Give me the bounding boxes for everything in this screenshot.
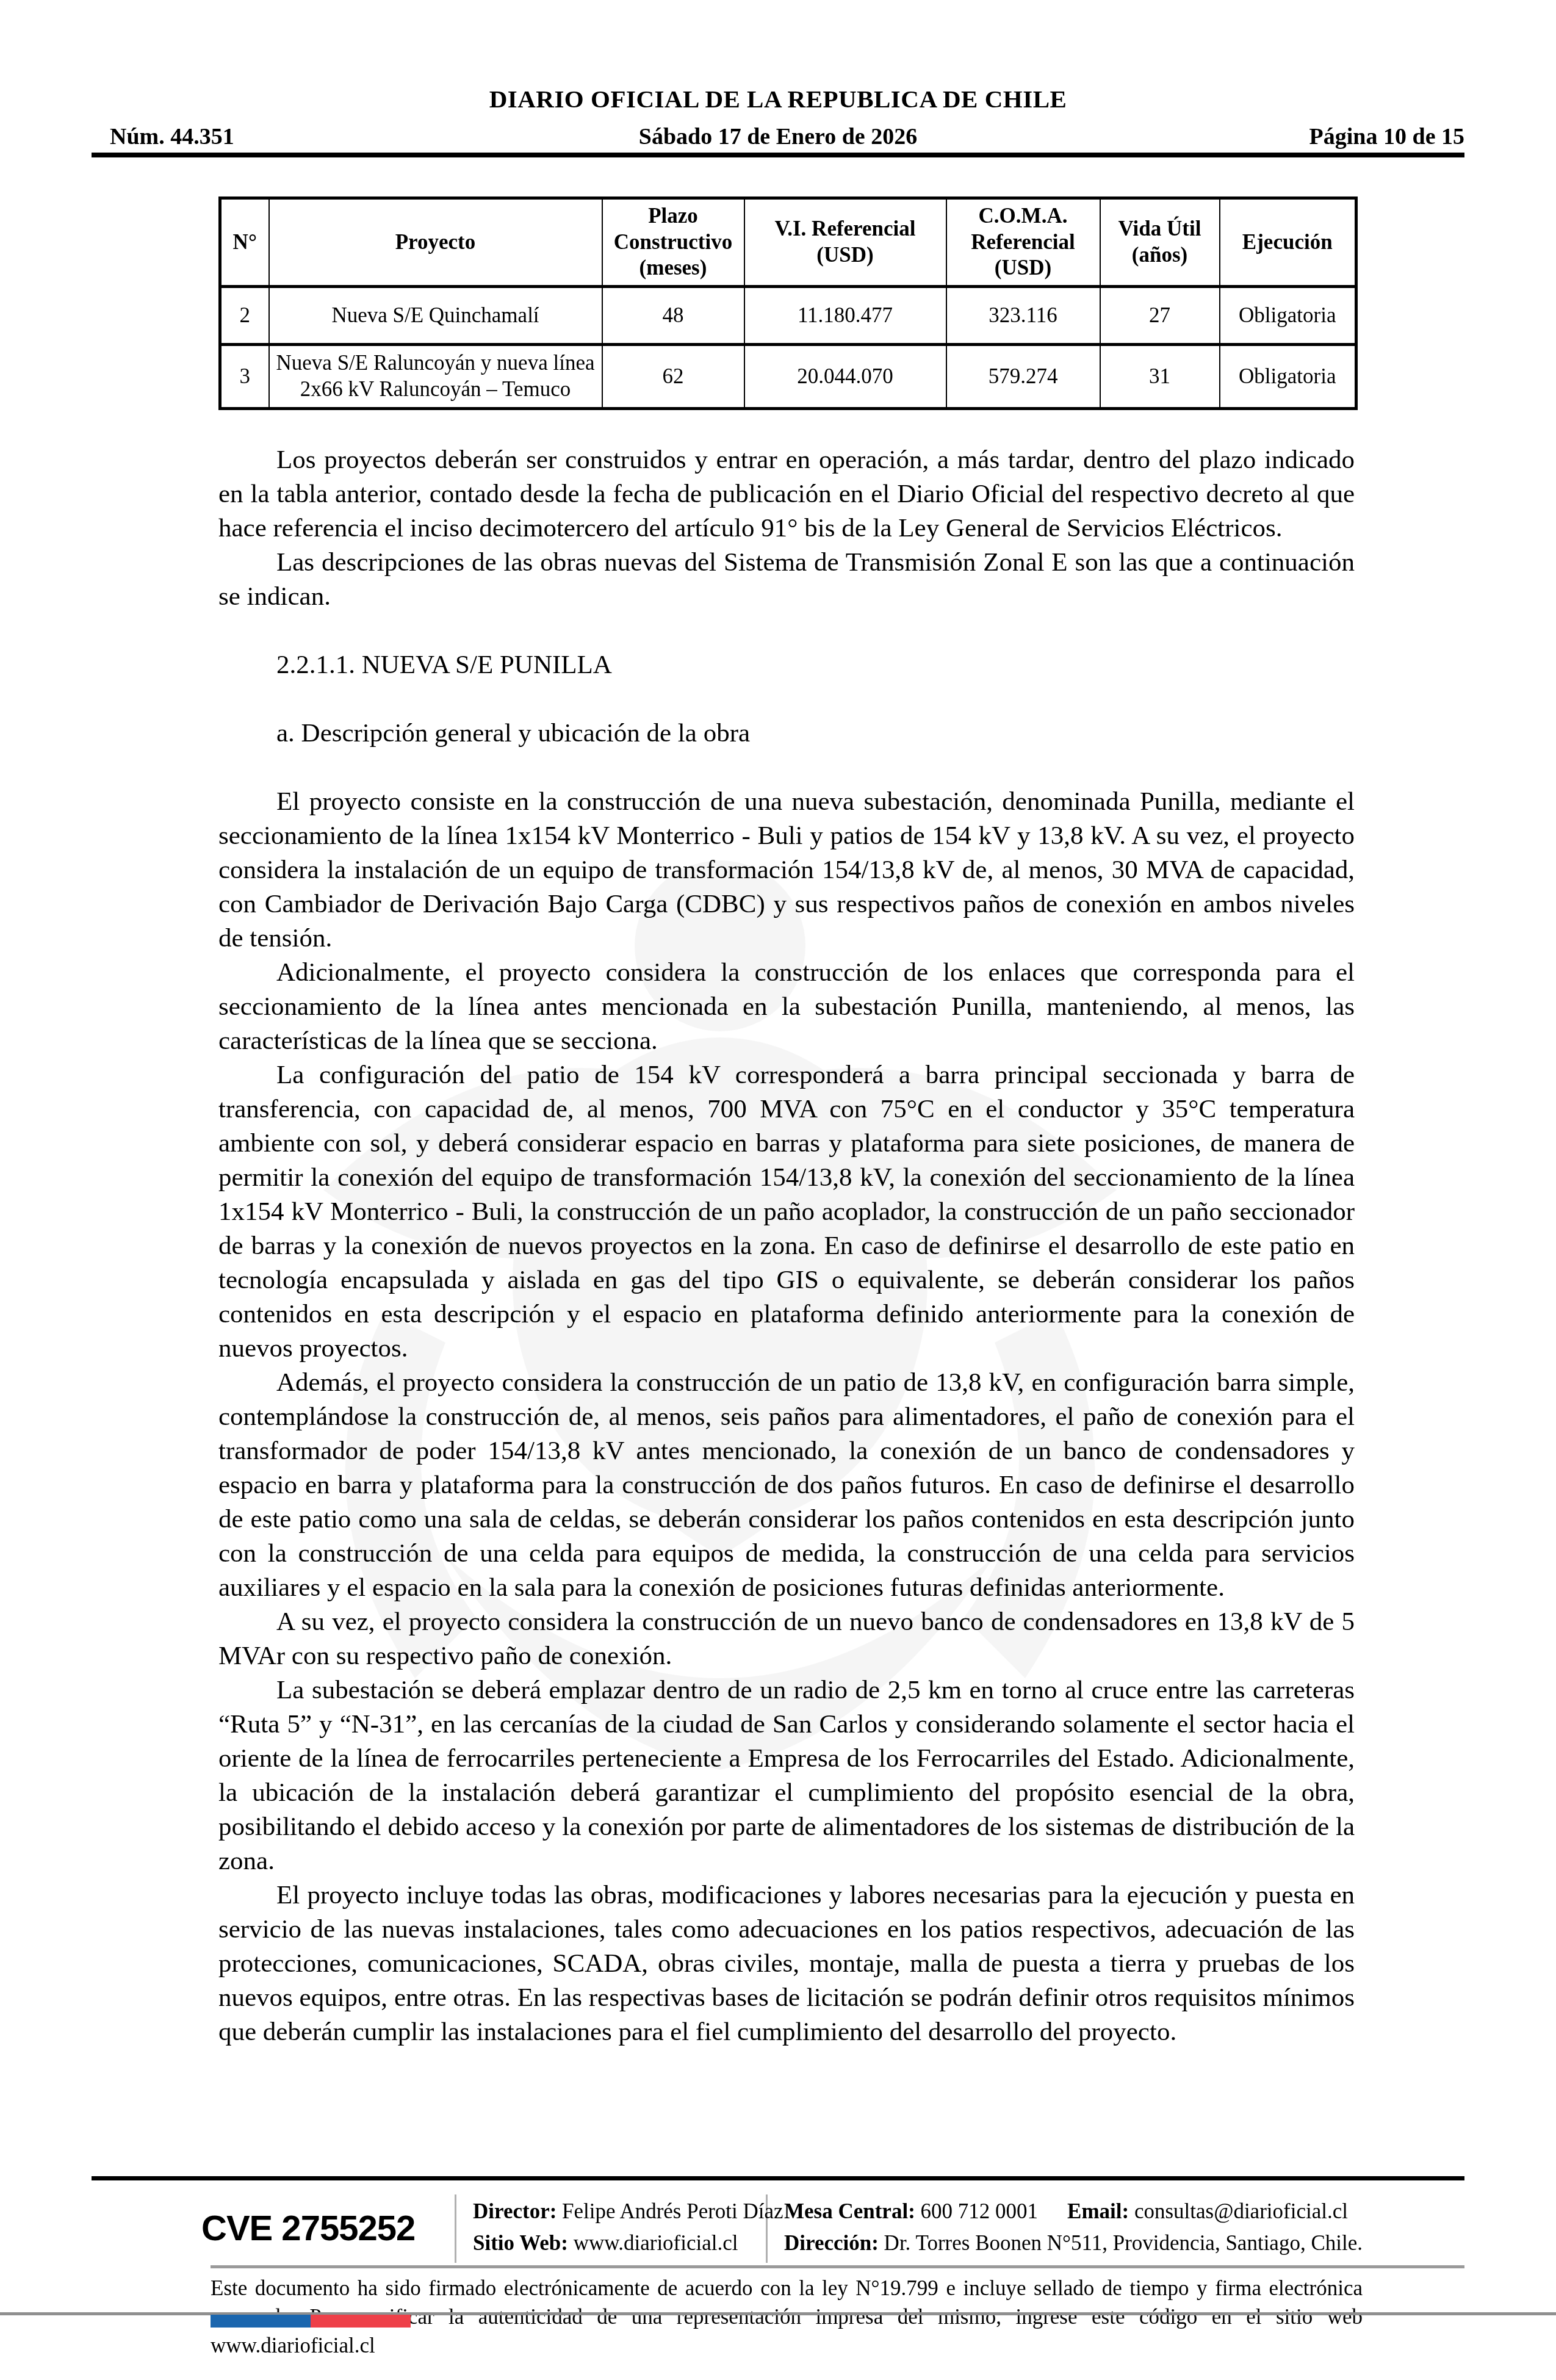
director-label: Director:	[473, 2199, 556, 2223]
page-number: Página 10 de 15	[1309, 123, 1464, 150]
table-header-row: N° Proyecto Plazo Constructivo (meses) V…	[220, 198, 1356, 287]
masthead-row: Núm. 44.351 Sábado 17 de Enero de 2026 P…	[92, 123, 1464, 153]
flag-red-segment	[311, 2315, 411, 2328]
paragraph: A su vez, el proyecto considera la const…	[218, 1605, 1355, 1673]
section-heading: 2.2.1.1. NUEVA S/E PUNILLA	[218, 648, 1355, 682]
paragraph: Los proyectos deberán ser construidos y …	[218, 443, 1355, 546]
cell-coma: 579.274	[946, 345, 1100, 409]
issue-date: Sábado 17 de Enero de 2026	[92, 123, 1464, 150]
col-header-ejecucion: Ejecución	[1220, 198, 1356, 287]
paragraph: Adicionalmente, el proyecto considera la…	[218, 956, 1355, 1058]
footer-rule-mid	[211, 2265, 1464, 2268]
cell-proyecto: Nueva S/E Quinchamalí	[269, 287, 602, 345]
cell-ejecucion: Obligatoria	[1220, 287, 1356, 345]
cell-vi: 20.044.070	[744, 345, 946, 409]
document-content: N° Proyecto Plazo Constructivo (meses) V…	[218, 197, 1361, 2049]
body-text: Los proyectos deberán ser construidos y …	[218, 443, 1355, 2049]
cell-proyecto: Nueva S/E Raluncoyán y nueva línea 2x66 …	[269, 345, 602, 409]
mesa-central-label: Mesa Central:	[784, 2199, 915, 2223]
direccion-value: Dr. Torres Boonen N°511, Providencia, Sa…	[884, 2231, 1363, 2255]
masthead-title: DIARIO OFICIAL DE LA REPUBLICA DE CHILE	[92, 84, 1464, 114]
footer-contact-line: Mesa Central: 600 712 0001Email: consult…	[784, 2196, 1363, 2227]
col-header-coma: C.O.M.A. Referencial (USD)	[946, 198, 1100, 287]
header-rule	[92, 153, 1464, 157]
footer-director-block: Director: Felipe Andrés Peroti Díaz Siti…	[473, 2196, 783, 2259]
flag-blue-segment	[211, 2315, 311, 2328]
cell-ejecucion: Obligatoria	[1220, 345, 1356, 409]
paragraph: El proyecto consiste en la construcción …	[218, 785, 1355, 956]
cell-coma: 323.116	[946, 287, 1100, 345]
col-header-vida: Vida Útil (años)	[1100, 198, 1220, 287]
cell-plazo: 48	[602, 287, 744, 345]
footer-rule-top	[92, 2176, 1464, 2180]
footer-sitioweb-line: Sitio Web: www.diarioficial.cl	[473, 2227, 783, 2259]
chile-flag-bar	[211, 2315, 411, 2328]
footer-address-line: Dirección: Dr. Torres Boonen N°511, Prov…	[784, 2227, 1363, 2259]
sitioweb-label: Sitio Web:	[473, 2231, 568, 2255]
paragraph: El proyecto incluye todas las obras, mod…	[218, 1878, 1355, 2049]
subsection-heading: a. Descripción general y ubicación de la…	[218, 716, 1355, 751]
sitioweb-url[interactable]: www.diarioficial.cl	[574, 2231, 738, 2255]
footer-info: CVE 2755252 Director: Felipe Andrés Pero…	[201, 2194, 1391, 2266]
cell-vida: 27	[1100, 287, 1220, 345]
direccion-label: Dirección:	[784, 2231, 879, 2255]
email-label: Email:	[1067, 2199, 1129, 2223]
paragraph: Además, el proyecto considera la constru…	[218, 1366, 1355, 1605]
paragraph: La configuración del patio de 154 kV cor…	[218, 1058, 1355, 1366]
paragraph: Las descripciones de las obras nuevas de…	[218, 546, 1355, 614]
cell-n: 2	[220, 287, 269, 345]
projects-table: N° Proyecto Plazo Constructivo (meses) V…	[218, 197, 1358, 410]
cell-vida: 31	[1100, 345, 1220, 409]
cell-vi: 11.180.477	[744, 287, 946, 345]
director-name: Felipe Andrés Peroti Díaz	[562, 2199, 783, 2223]
col-header-n: N°	[220, 198, 269, 287]
paragraph: La subestación se deberá emplazar dentro…	[218, 1673, 1355, 1878]
mesa-central-number: 600 712 0001	[921, 2199, 1039, 2223]
document-page: DIARIO OFICIAL DE LA REPUBLICA DE CHILE …	[0, 0, 1556, 2380]
col-header-plazo: Plazo Constructivo (meses)	[602, 198, 744, 287]
table-row: 2 Nueva S/E Quinchamalí 48 11.180.477 32…	[220, 287, 1356, 345]
email-address[interactable]: consultas@diarioficial.cl	[1134, 2199, 1348, 2223]
col-header-vi: V.I. Referencial (USD)	[744, 198, 946, 287]
cve-code: CVE 2755252	[201, 2208, 415, 2249]
cell-n: 3	[220, 345, 269, 409]
col-header-proyecto: Proyecto	[269, 198, 602, 287]
table-row: 3 Nueva S/E Raluncoyán y nueva línea 2x6…	[220, 345, 1356, 409]
page-header: DIARIO OFICIAL DE LA REPUBLICA DE CHILE …	[92, 84, 1464, 153]
footer-divider	[455, 2194, 456, 2263]
cell-plazo: 62	[602, 345, 744, 409]
footer-contact-block: Mesa Central: 600 712 0001Email: consult…	[784, 2196, 1363, 2259]
footer-director-line: Director: Felipe Andrés Peroti Díaz	[473, 2196, 783, 2227]
